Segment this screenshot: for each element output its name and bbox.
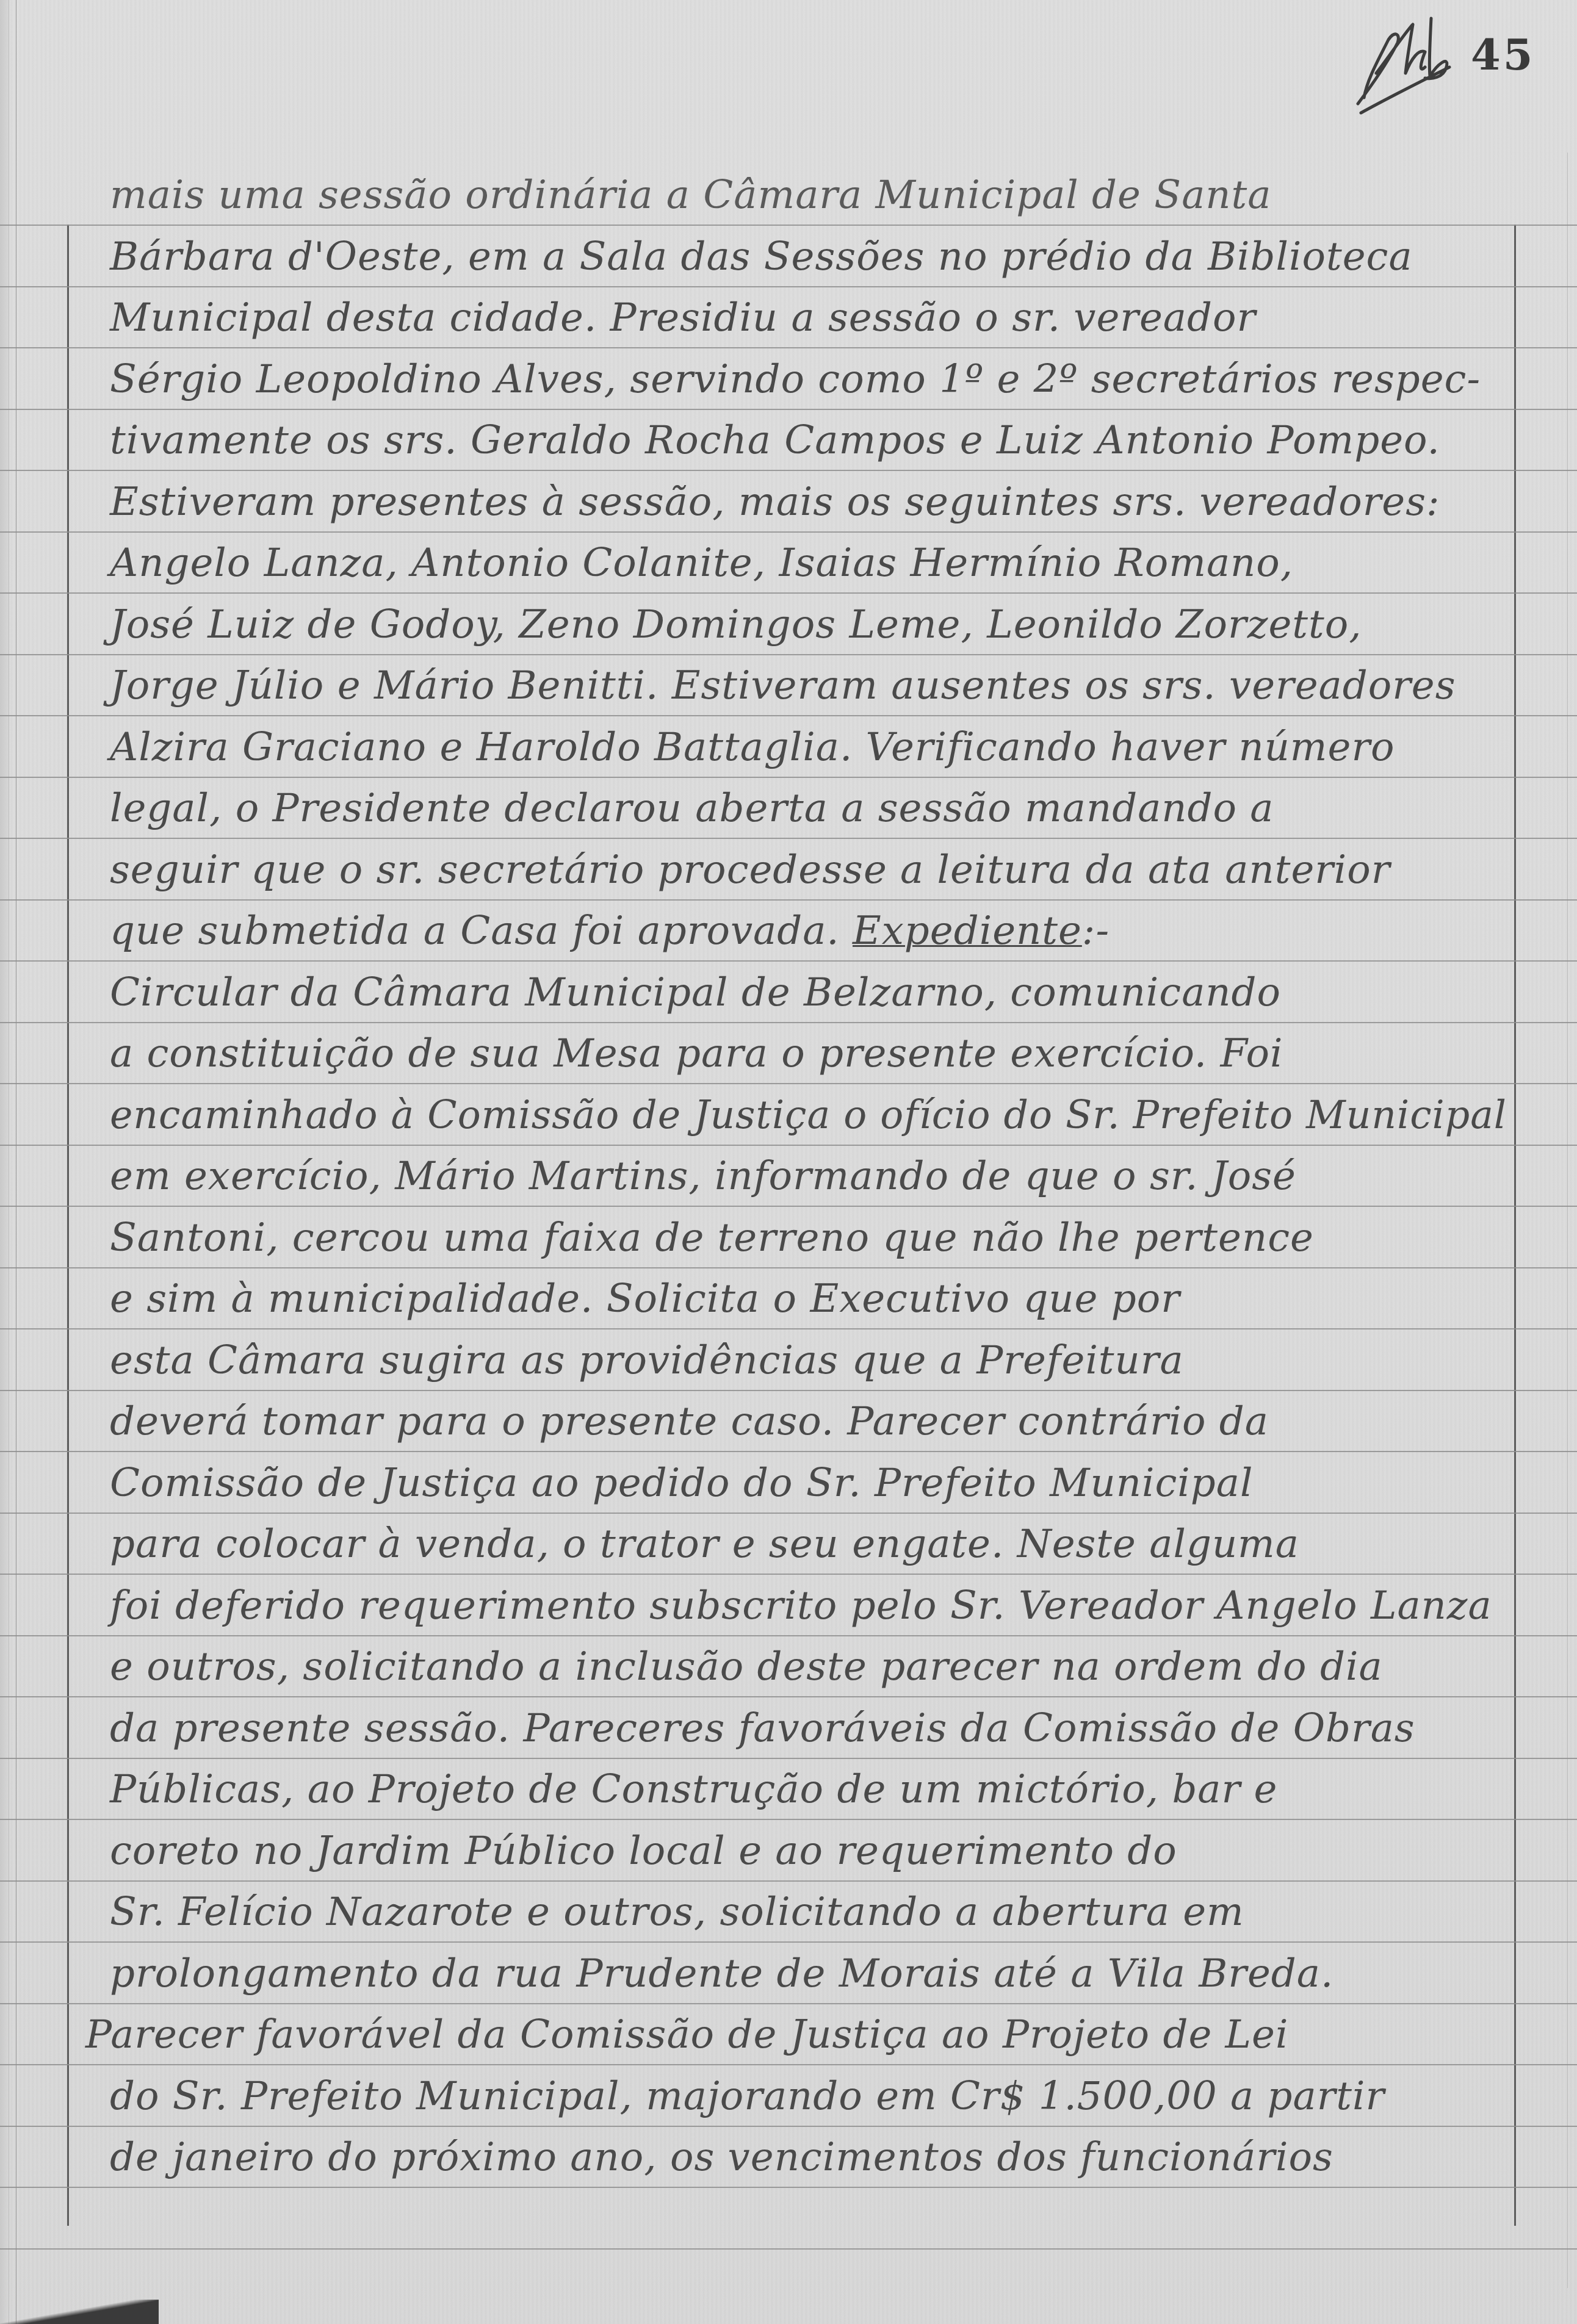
outer-margin-line — [16, 0, 16, 2324]
scanned-page: 45 mais uma sessão ordinária a Câmara Mu… — [0, 0, 1577, 2324]
book-binding-edge — [0, 0, 9, 2324]
scan-corner-shadow — [0, 2300, 159, 2324]
handwritten-line: de janeiro do próximo ano, os vencimento… — [110, 2121, 1507, 2194]
right-margin-line — [1514, 225, 1516, 2226]
page-number: 45 — [1471, 29, 1535, 80]
ruled-line — [0, 2248, 1577, 2250]
section-heading-expediente: Expediente — [853, 908, 1082, 954]
signature-initials-icon — [1340, 6, 1462, 128]
left-margin-line — [67, 225, 69, 2226]
outer-right-margin-line — [1567, 153, 1568, 2288]
